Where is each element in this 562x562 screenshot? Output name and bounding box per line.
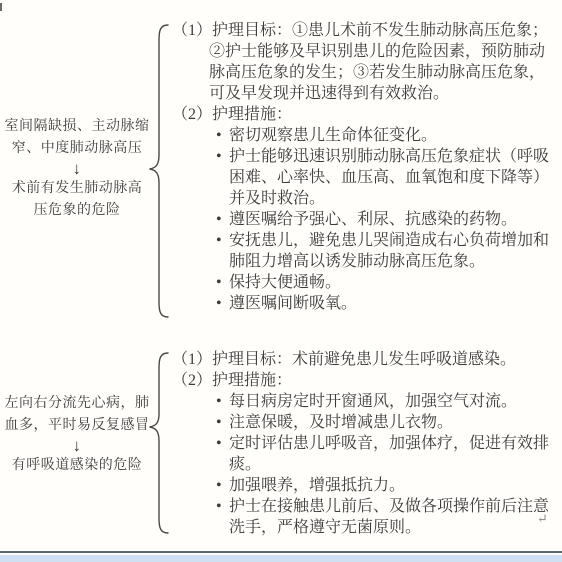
measure-item: •保持大便通畅。 [216,272,554,293]
measures-list: •密切观察患儿生命体征变化。 •护士能够迅速识别肺动脉高压危象症状（呼吸困难、心… [172,125,554,314]
care-plan-content: （1）护理目标：①患儿术前不发生肺动脉高压危象；②护士能够及早识别患儿的危险因素… [172,20,554,314]
cause-line: 室间隔缺损、主动脉缩 [4,116,150,138]
bullet-icon: • [216,412,229,433]
measure-text: 安抚患儿，避免患儿哭闹造成右心负荷增加和肺阻力增高以诱发肺动脉高压危象。 [229,232,549,270]
bullet-icon: • [216,209,229,230]
curly-brace-icon [148,23,170,319]
measure-item: •加强喂养，增强抵抗力。 [216,475,554,496]
measure-item: •护士能够迅速识别肺动脉高压危象症状（呼吸困难、心率快、血压高、血氧饱和度下降等… [216,146,554,209]
measure-text: 每日病房定时开窗通风，加强空气对流。 [229,393,517,410]
paragraph-return-icon: ↵ [537,511,548,527]
window-bottom-bar [0,555,562,562]
risk-line: 有呼吸道感染的危险 [4,455,150,477]
bullet-icon: • [216,272,229,293]
arrow-down-icon: ↓ [4,160,150,178]
window-edge-divider [0,551,562,553]
measure-item: •遵医嘱间断吸氧。 [216,293,554,314]
goal-text: 术前避免患儿发生呼吸道感染。 [292,351,516,368]
measure-item: •安抚患儿，避免患儿哭闹造成右心负荷增加和肺阻力增高以诱发肺动脉高压危象。 [216,230,554,272]
measures-label: （2）护理措施： [172,104,554,125]
measures-list: •每日病房定时开窗通风，加强空气对流。 •注意保暖，及时增减患儿衣物。 •定时评… [172,391,554,538]
cause-line: 左向右分流先心病，肺 [4,393,150,415]
bullet-icon: • [216,125,229,146]
risk-line: 压危象的危险 [4,200,150,222]
measure-item: •密切观察患儿生命体征变化。 [216,125,554,146]
risk-line: 术前有发生肺动脉高 [4,178,150,200]
care-plan-content: （1）护理目标：术前避免患儿发生呼吸道感染。 （2）护理措施： •每日病房定时开… [172,349,554,538]
bullet-icon: • [216,391,229,412]
measure-text: 密切观察患儿生命体征变化。 [229,127,437,144]
goal-item: （1）护理目标：①患儿术前不发生肺动脉高压危象；②护士能够及早识别患儿的危险因素… [172,20,554,104]
measure-item: •每日病房定时开窗通风，加强空气对流。 [216,391,554,412]
measure-text: 护士能够迅速识别肺动脉高压危象症状（呼吸困难、心率快、血压高、血氧饱和度下降等）… [229,148,549,207]
measure-text: 护士在接触患儿前后、及做各项操作前后注意洗手，严格遵守无菌原则。 [229,498,549,536]
cause-line: 血多，平时易反复感冒 [4,415,150,437]
bullet-icon: • [216,293,229,314]
measure-item: •定时评估患儿呼吸音，加强体疗，促进有效排痰。 [216,433,554,475]
cause-risk-label: 左向右分流先心病，肺 血多，平时易反复感冒 ↓ 有呼吸道感染的危险 [4,393,150,477]
goal-label: （1）护理目标： [172,22,292,39]
measure-text: 遵医嘱给予强心、利尿、抗感染的药物。 [229,211,517,228]
measure-item: •注意保暖，及时增减患儿衣物。 [216,412,554,433]
bullet-icon: • [216,433,229,454]
measure-text: 加强喂养，增强抵抗力。 [229,477,405,494]
bullet-icon: • [216,496,229,517]
bullet-icon: • [216,475,229,496]
goal-item: （1）护理目标：术前避免患儿发生呼吸道感染。 [172,349,554,370]
cause-risk-label: 室间隔缺损、主动脉缩 窄、中度肺动脉高压 ↓ 术前有发生肺动脉高 压危象的危险 [4,116,150,222]
measures-label: （2）护理措施： [172,370,554,391]
curly-brace-icon [148,351,170,535]
cause-line: 窄、中度肺动脉高压 [4,138,150,160]
bullet-icon: • [216,230,229,251]
bullet-icon: • [216,146,229,167]
measure-text: 遵医嘱间断吸氧。 [229,295,357,312]
measure-text: 保持大便通畅。 [229,274,341,291]
measure-text: 注意保暖，及时增减患儿衣物。 [229,414,453,431]
arrow-down-icon: ↓ [4,437,150,455]
goal-label: （1）护理目标： [172,351,292,368]
measure-item: •遵医嘱给予强心、利尿、抗感染的药物。 [216,209,554,230]
measure-text: 定时评估患儿呼吸音，加强体疗，促进有效排痰。 [229,435,549,473]
document-page: { "page": { "background": "#fffefa", "te… [0,0,562,562]
scan-edge-artifact [0,3,2,11]
measure-item: •护士在接触患儿前后、及做各项操作前后注意洗手，严格遵守无菌原则。 [216,496,554,538]
